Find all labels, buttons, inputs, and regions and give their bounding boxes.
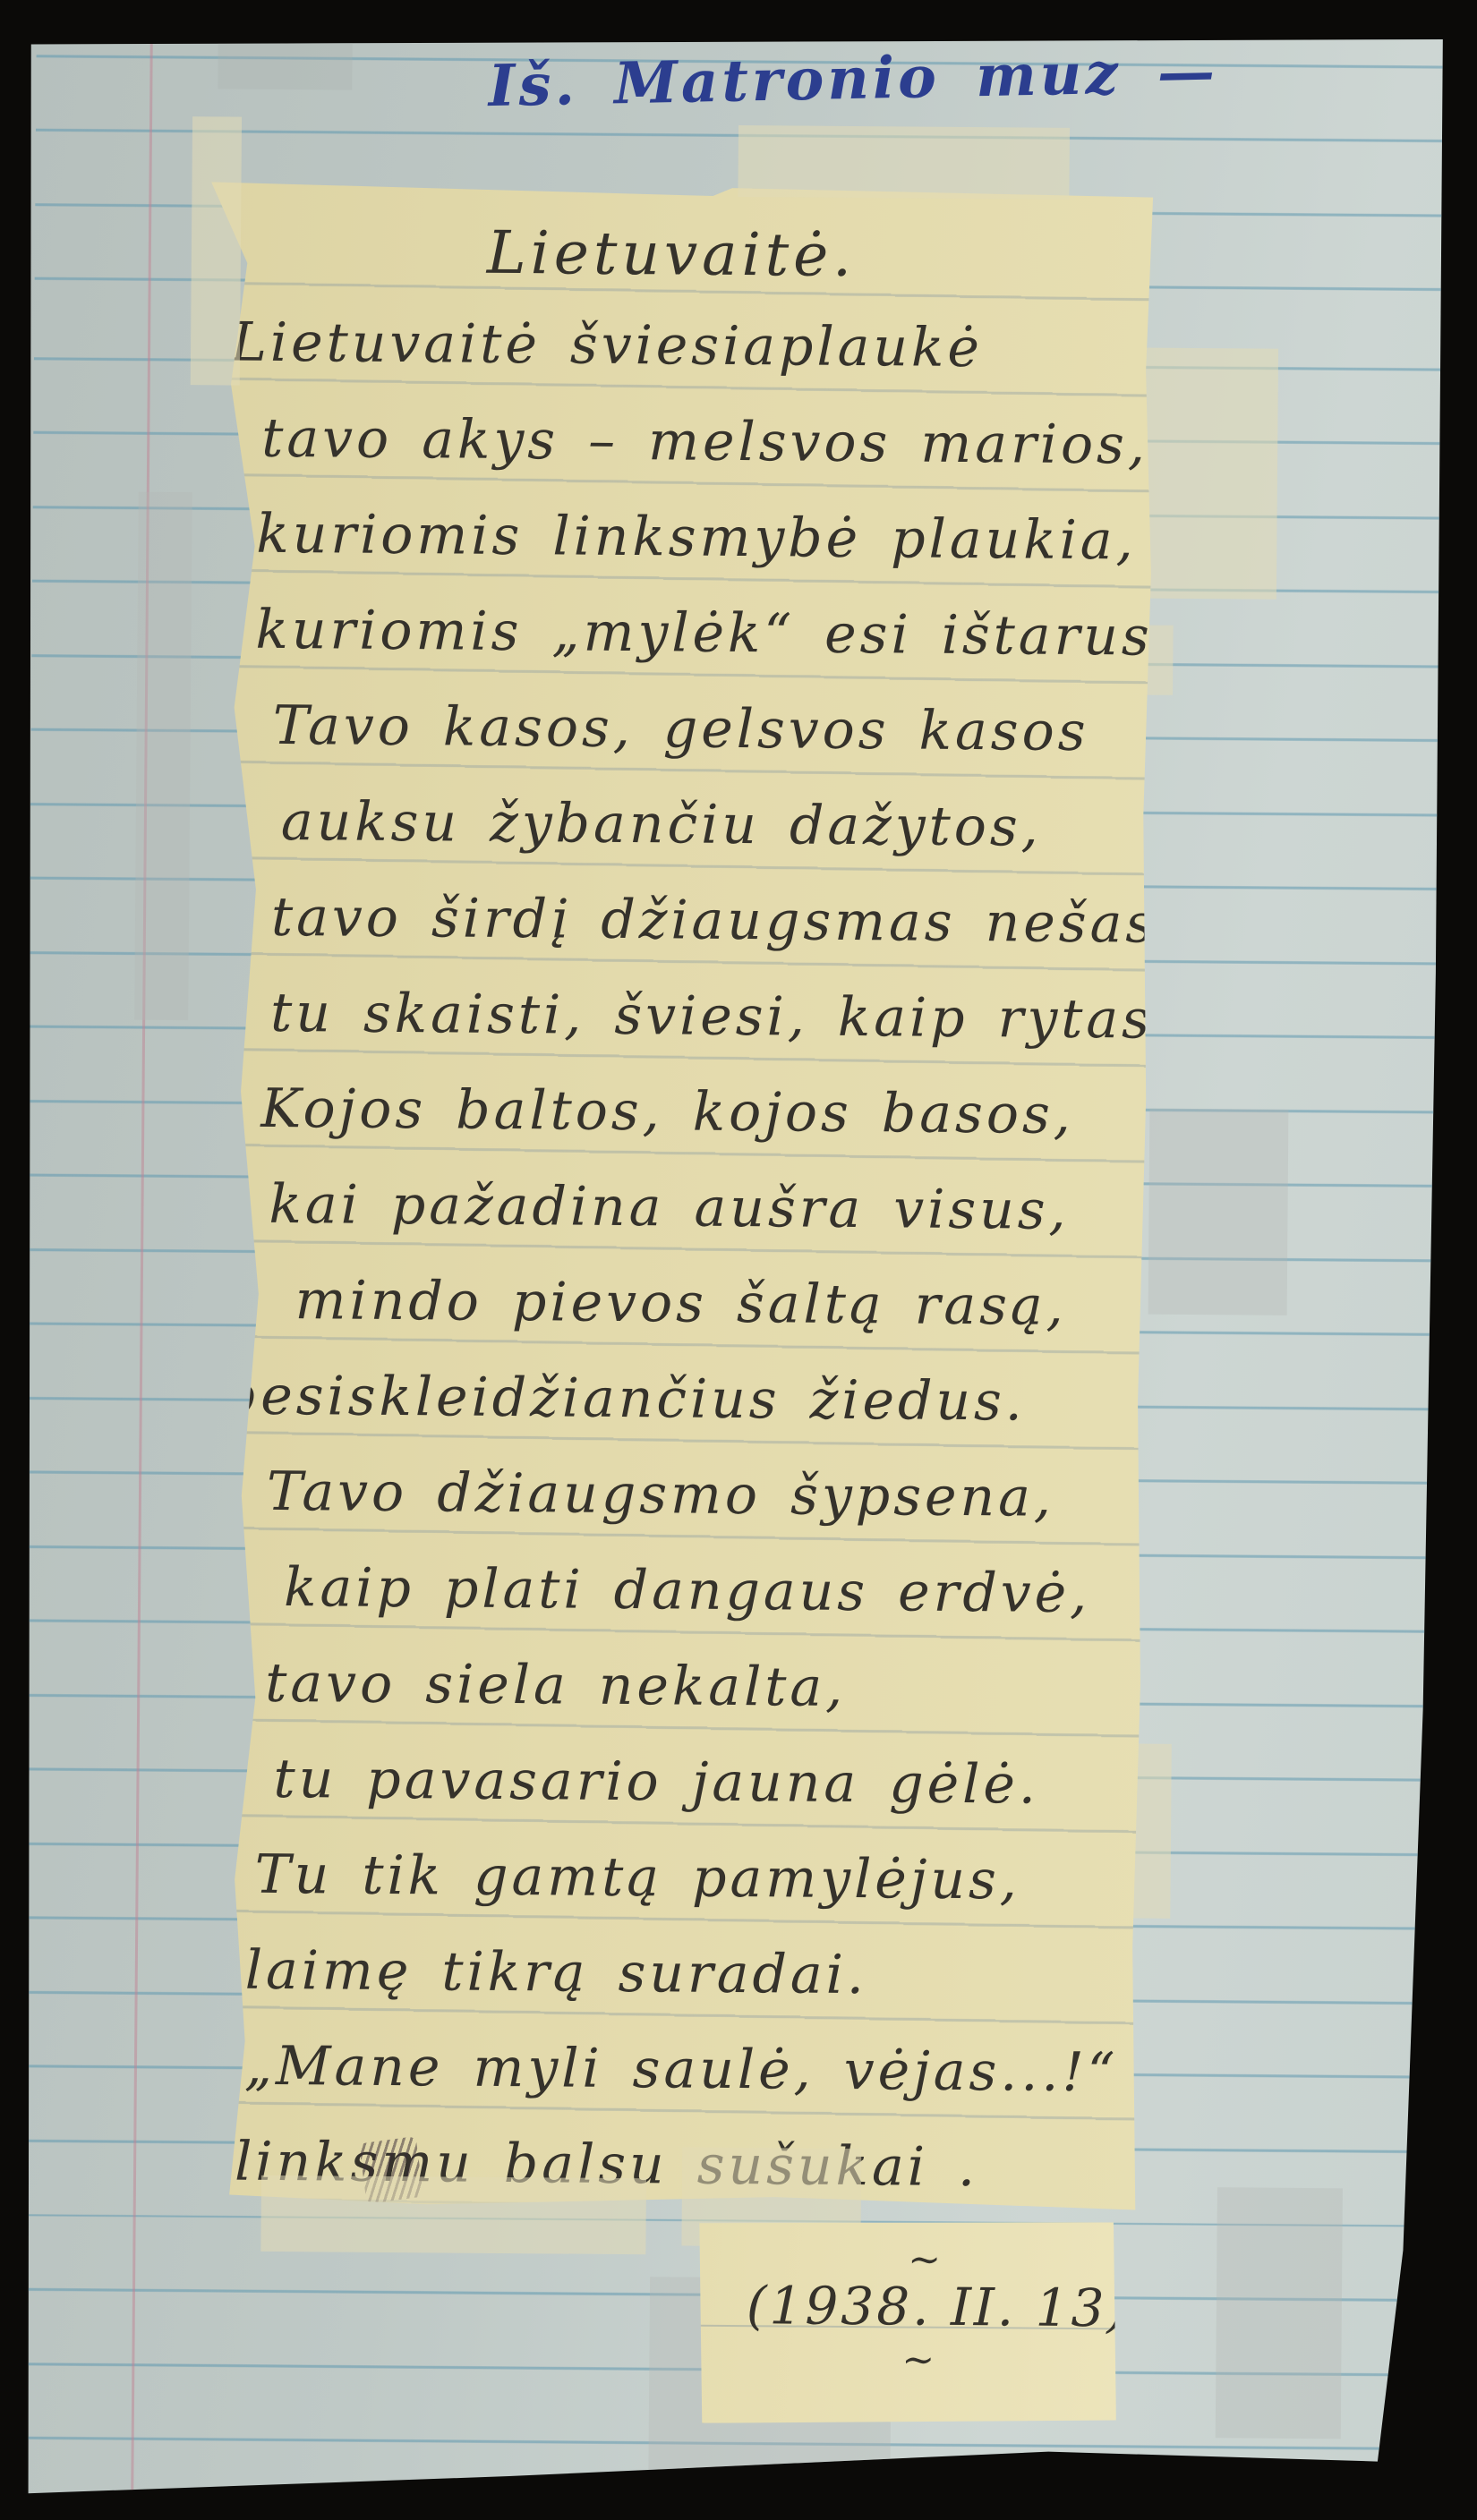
date-note: (1938. II. 13) [747,2275,1131,2338]
poem-line: besiskleidžiančius žiedus. [223,1365,1027,1434]
poem-line: tu skaisti, šviesi, kaip rytas. [270,982,1174,1051]
poem-line: Lietuvaitė šviesiaplaukė [231,311,983,380]
poem-line: „Mane myli saulė, vėjas...!“ [244,2035,1119,2105]
notebook-page: Iš. Matronio muz — Lietuvaitė. Lietuvait… [27,39,1446,2496]
poem-line: Kojos baltos, kojos basos, [260,1077,1074,1146]
poem-line: kuriomis „mylėk“ esi ištarus.. [255,599,1194,668]
date-tilde-mark: ~ [901,2337,935,2382]
tape-piece [191,116,242,385]
notebook-page-content: Iš. Matronio muz — Lietuvaitė. Lietuvait… [17,34,1456,2501]
poem-line: tavo akys – melsvos marios, [261,407,1148,477]
poem-line: Tu tik gamtą pamylėjus, [254,1843,1020,1912]
poem-line: kai pažadina aušra visus, [269,1173,1070,1242]
poem-line: tavo siela nekalta, [265,1652,846,1719]
poem-line: Tavo džiaugsmo šypsena, [267,1460,1055,1529]
poem-line: tavo širdį džiaugsmas nešas, [271,886,1178,956]
poem-line: kuriomis linksmybė plaukia, [256,503,1137,573]
tape-piece [218,35,352,89]
poem-line: kaip plati dangaus erdvė, [284,1556,1091,1625]
date-tilde-mark: ~ [908,2237,941,2283]
poem-line: mindo pievos šaltą rasą, [295,1269,1067,1338]
poem-line: tu pavasario jauna gėlė. [273,1748,1039,1817]
poem-paper: Lietuvaitė. Lietuvaitė šviesiaplaukė tav… [176,182,1157,2209]
tape-piece [260,2175,646,2254]
tape-piece [1148,1109,1289,1315]
poem-line: laimę tikrą suradai. [245,1939,868,2006]
tape-piece [738,125,1070,200]
tape-piece [1216,2187,1343,2439]
poem-line: auksu žybančiu dažytos, [281,790,1042,859]
poem-title: Lietuvaitė. [487,218,857,290]
tape-piece [134,492,192,1020]
date-slip: (1938. II. 13) ~ ~ [694,2219,1118,2427]
poem-line: Tavo kasos, gelsvos kasos [272,694,1089,763]
